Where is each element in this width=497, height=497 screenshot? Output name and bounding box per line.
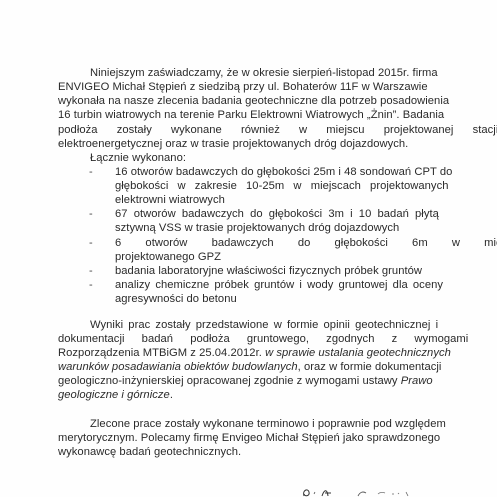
- text-normal: Rozporządzenia MTBiGM z 25.04.2012r.: [58, 347, 265, 359]
- list-marker: -: [89, 207, 93, 221]
- list-marker: -: [89, 264, 93, 278]
- text-line: warunków posadawiania obiektów budowlany…: [58, 360, 441, 374]
- text-italic: geologiczne i górnicze: [58, 389, 170, 401]
- list-marker: -: [89, 236, 93, 250]
- text-italic: warunków posadawiania obiektów budowlany…: [58, 361, 298, 373]
- text-normal: geologiczno-inżynierskiej opracowanej zg…: [58, 375, 401, 387]
- text-italic: w sprawie ustalania geotechnicznych: [265, 347, 451, 359]
- text-line: Rozporządzenia MTBiGM z 25.04.2012r. w s…: [58, 346, 451, 360]
- list-item-line: 16 otworów badawczych do głębokości 25m …: [115, 165, 452, 179]
- signature-image: [300, 482, 450, 497]
- text-normal: .: [170, 389, 173, 401]
- text-line: Niniejszym zaświadczamy, że w okresie si…: [90, 66, 438, 80]
- list-intro: Łącznie wykonano:: [90, 151, 186, 165]
- text-line: geologiczne i górnicze.: [58, 388, 173, 402]
- text-line: merytorycznym. Polecamy firmę Envigeo Mi…: [58, 431, 440, 445]
- text-normal: , oraz w formie dokumentacji: [298, 361, 442, 373]
- list-marker: -: [89, 165, 93, 179]
- list-item-line: sztywną VSS w trasie projektowanych dróg…: [115, 221, 399, 235]
- list-item-line: badania laboratoryjne właściwości fizycz…: [115, 264, 422, 278]
- text-italic: Prawo: [401, 375, 433, 387]
- text-line: 16 turbin wiatrowych na terenie Parku El…: [58, 108, 444, 122]
- list-item-line: projektowanego GPZ: [115, 250, 221, 264]
- text-line: dokumentacji badań podłoża gruntowego, z…: [58, 332, 468, 346]
- text-line: wykonała na nasze zlecenia badania geote…: [58, 94, 449, 108]
- text-line: wykonawcę badań geotechnicznych.: [58, 445, 241, 459]
- text-line: elektroenergetycznej oraz w trasie proje…: [58, 137, 408, 151]
- text-line: podłoża zostały wykonane również w miejs…: [58, 123, 436, 137]
- text-line: Wyniki prac zostały przedstawione w form…: [90, 318, 438, 332]
- list-item-line: głębokości w zakresie 10-25m w miejscach…: [115, 179, 448, 193]
- list-item-line: elektrowni wiatrowych: [115, 193, 225, 207]
- document-page: Niniejszym zaświadczamy, że w okresie si…: [0, 0, 497, 497]
- text-line: geologiczno-inżynierskiej opracowanej zg…: [58, 374, 433, 388]
- text-line: ENVIGEO Michał Stępień z siedzibą przy u…: [58, 80, 428, 94]
- list-item-line: 67 otworów badawczych do głębokości 3m i…: [115, 207, 439, 221]
- list-item-line: agresywności do betonu: [115, 292, 237, 306]
- list-item-line: 6 otworów badawczych do głębokości 6m w …: [115, 236, 497, 250]
- list-marker: -: [89, 278, 93, 292]
- text-line: Zlecone prace zostały wykonane terminowo…: [90, 417, 446, 431]
- list-item-line: analizy chemiczne próbek gruntów i wody …: [115, 278, 443, 292]
